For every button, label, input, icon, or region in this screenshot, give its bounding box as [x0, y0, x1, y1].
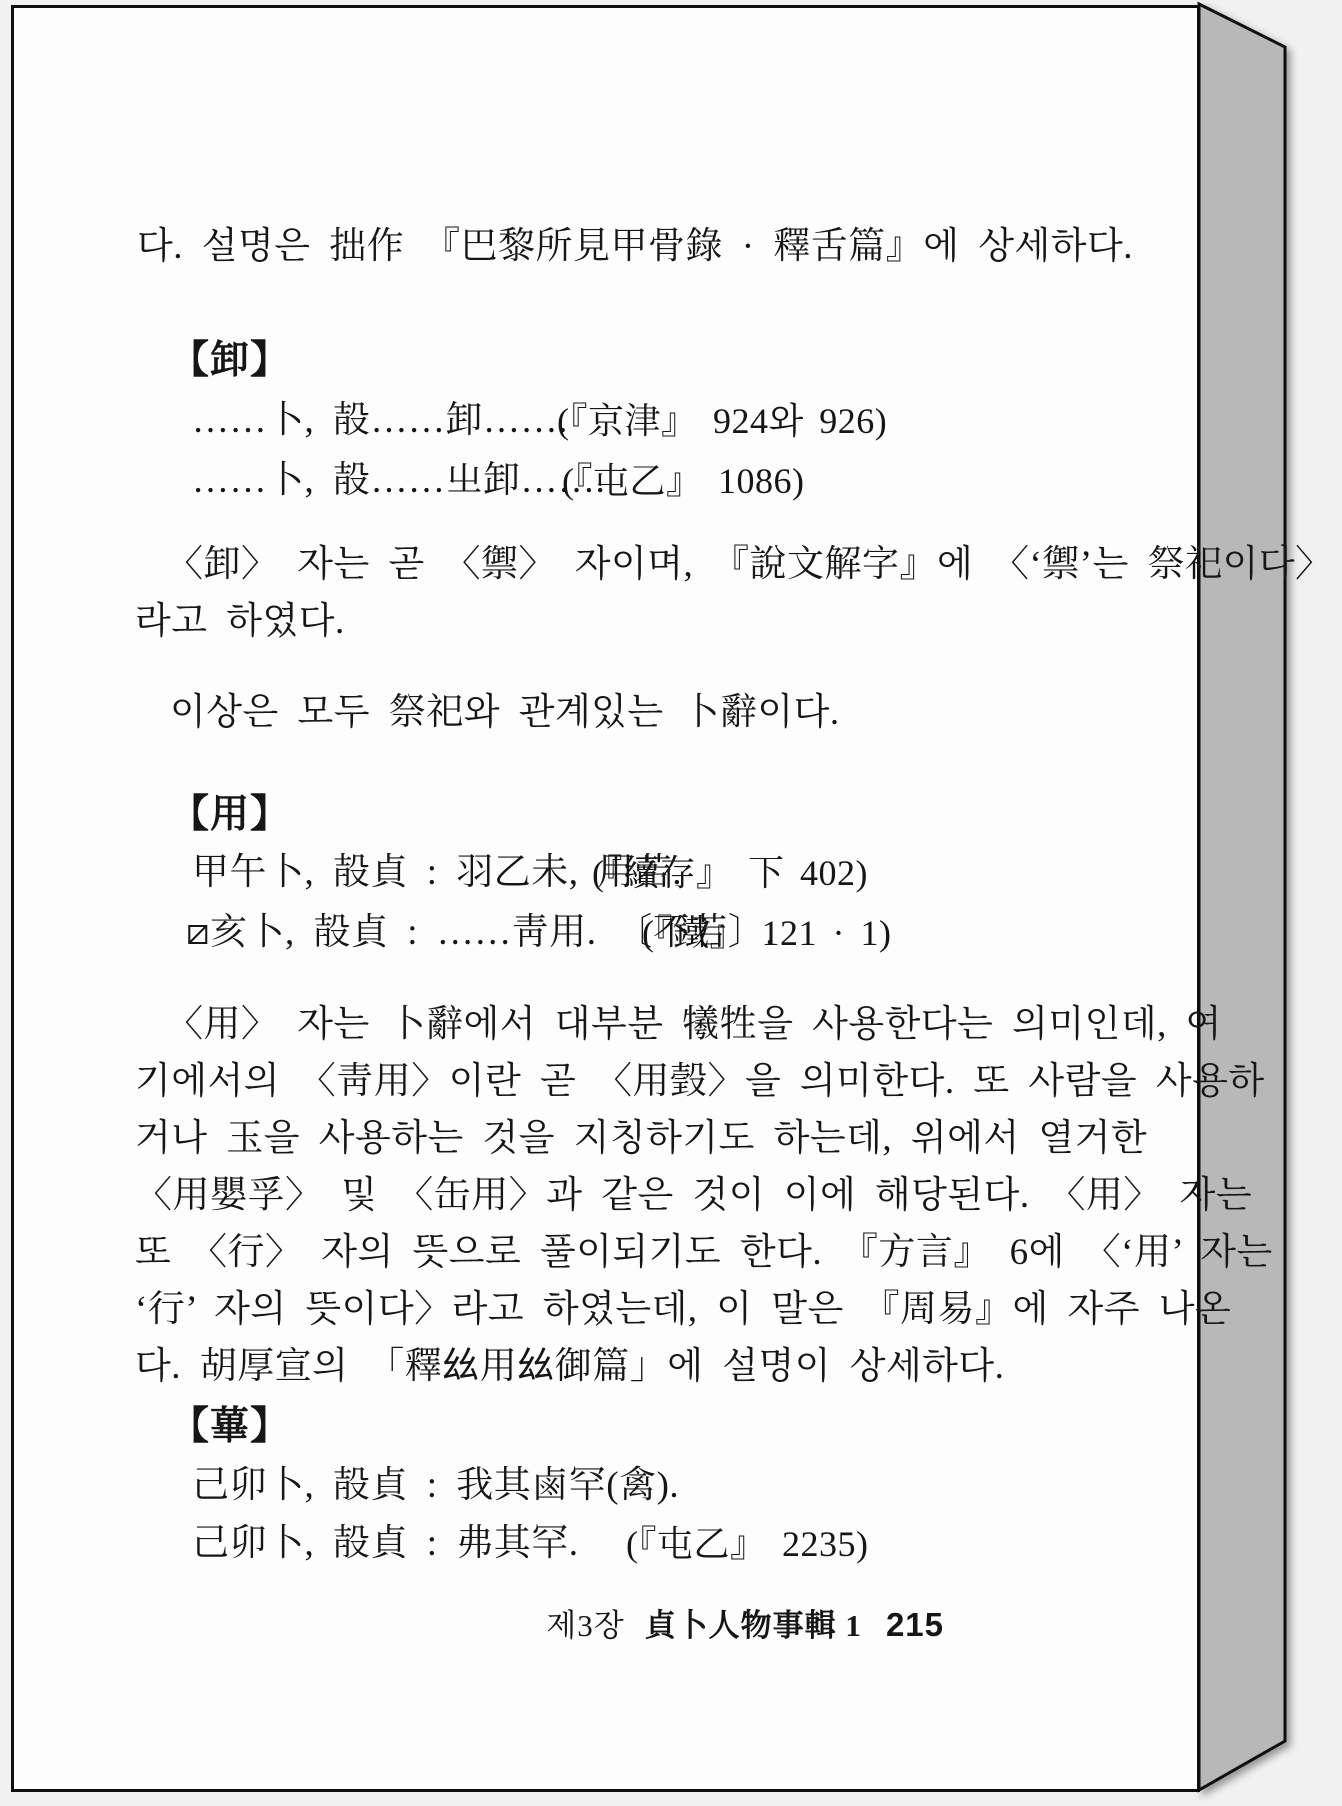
inscription-quote: 己卯卜, 㱿貞 : 弗其罕.	[192, 1521, 579, 1567]
inscription-quote: 己卯卜, 㱿貞 : 我其鹵罕(禽).	[192, 1463, 679, 1509]
source-citation: (『屯乙』 2235)	[626, 1521, 868, 1567]
book-page: 다. 설명은 拙作 『巴黎所見甲骨錄 · 釋舌篇』에 상세하다. 【卸】 ……卜…	[11, 5, 1200, 1792]
commentary-line: 라고 하였다.	[135, 599, 345, 645]
source-citation: (『京津』 924와 926)	[557, 398, 887, 444]
commentary-line: 〈卸〉 자는 곧 〈禦〉 자이며, 『說文解字』에 〈‘禦’는 祭祀이다〉	[166, 542, 1333, 588]
opening-line: 다. 설명은 拙作 『巴黎所見甲骨錄 · 釋舌篇』에 상세하다.	[137, 224, 1133, 270]
commentary-line: 또 〈行〉 자의 뜻으로 풀이되기도 한다. 『方言』 6에 〈‘用’ 자는	[135, 1230, 1273, 1276]
page-number: 215	[886, 1606, 944, 1643]
source-citation: (『屯乙』 1086)	[562, 458, 804, 504]
commentary-line: 다. 胡厚宣의 「釋𢆶用𢆶御篇」에 설명이 상세하다.	[135, 1344, 1004, 1390]
summary-note: 이상은 모두 祭祀와 관계있는 卜辭이다.	[170, 690, 840, 736]
section-header: 【蓽】	[170, 1404, 290, 1450]
source-citation: (『鐵』 121 · 1)	[642, 910, 891, 956]
inscription-quote: ……卜, 㱿……卸…….	[192, 398, 568, 444]
commentary-line: ‘行’ 자의 뜻이다〉라고 하였는데, 이 말은 『周易』에 자주 나온	[135, 1287, 1231, 1333]
section-header: 【用】	[170, 792, 290, 838]
commentary-line: 〈用〉 자는 卜辭에서 대부분 犧牲을 사용한다는 의미인데, 여	[166, 1002, 1222, 1048]
page-footer: 제3장貞卜人物事輯 1215	[14, 1600, 944, 1645]
page-edge-polygon	[1199, 4, 1285, 1790]
section-header: 【卸】	[170, 338, 290, 384]
commentary-line: 거나 玉을 사용하는 것을 지칭하기도 하는데, 위에서 열거한	[135, 1116, 1147, 1162]
commentary-line: 기에서의 〈靑用〉이란 곧 〈用瑴〉을 의미한다. 또 사람을 사용하	[135, 1059, 1265, 1105]
inscription-quote: ……卜, 㱿……㞢卸…….	[192, 458, 605, 504]
chapter-title: 貞卜人物事輯 1	[645, 1608, 862, 1643]
source-citation: (『續存』 下 402)	[592, 850, 868, 896]
scan-background: 다. 설명은 拙作 『巴黎所見甲骨錄 · 釋舌篇』에 상세하다. 【卸】 ……卜…	[0, 0, 1342, 1806]
chapter-label: 제3장	[546, 1608, 624, 1643]
commentary-line: 〈用嬰孚〉 및 〈缶用〉과 같은 것이 이에 해당된다. 〈用〉 자는	[135, 1173, 1252, 1219]
